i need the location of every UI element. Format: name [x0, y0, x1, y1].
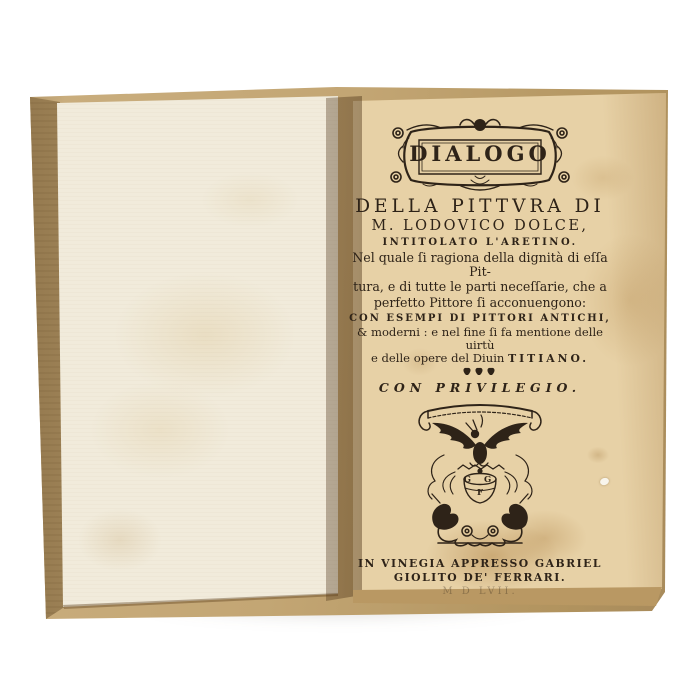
argument-line-1: Nel quale ſi ragiona della dignità di eſ…: [342, 251, 618, 278]
argument-line-2: tura, e di tutte le parti neceſſarie, ch…: [342, 280, 618, 294]
cartouche-title: DIALOGO: [381, 141, 579, 166]
imprint-line-2: GIOLITO DE' FERRARI.: [342, 571, 618, 584]
title-cartouche: DIALOGO: [381, 116, 579, 194]
examples-line-3: e delle opere del Diuin TITIANO.: [342, 352, 618, 365]
title-page-text-column: DIALOGO DELLA PITTVRA DI M. LODOVICO DOL…: [342, 96, 618, 598]
device-initials-gg: G G: [410, 476, 550, 485]
titian-name: TITIANO.: [508, 352, 589, 365]
fleuron-ornament-icon: [462, 366, 498, 376]
fleuron-ornament-row: [342, 366, 618, 376]
argument-line-3: perfetto Pittore ſi acconuengono:: [342, 296, 618, 310]
imprint-line-1: IN VINEGIA APPRESSO GABRIEL: [342, 557, 618, 570]
title-line-main: DELLA PITTVRA DI: [342, 196, 618, 218]
title-author-line: M. LODOVICO DOLCE,: [342, 218, 618, 235]
printer-device: G G F: [410, 397, 550, 547]
examples-line-1: CON ESEMPI DI PITTORI ANTICHI,: [342, 313, 618, 325]
book-photo: DIALOGO DELLA PITTVRA DI M. LODOVICO DOL…: [0, 0, 700, 700]
imprint-date: M D LVII.: [342, 586, 618, 598]
imprint-block: IN VINEGIA APPRESSO GABRIEL GIOLITO DE' …: [342, 557, 618, 598]
privilege-line: CON PRIVILEGIO.: [342, 380, 618, 395]
phoenix-device-icon: [410, 397, 550, 547]
examples-line-2: & moderni : e nel fine ſi fa mentione de…: [342, 326, 618, 352]
device-initial-f: F: [410, 489, 550, 498]
title-intitolato-line: INTITOLATO L'ARETINO.: [342, 237, 618, 249]
titian-line-prefix: e delle opere del Diuin: [371, 351, 504, 365]
